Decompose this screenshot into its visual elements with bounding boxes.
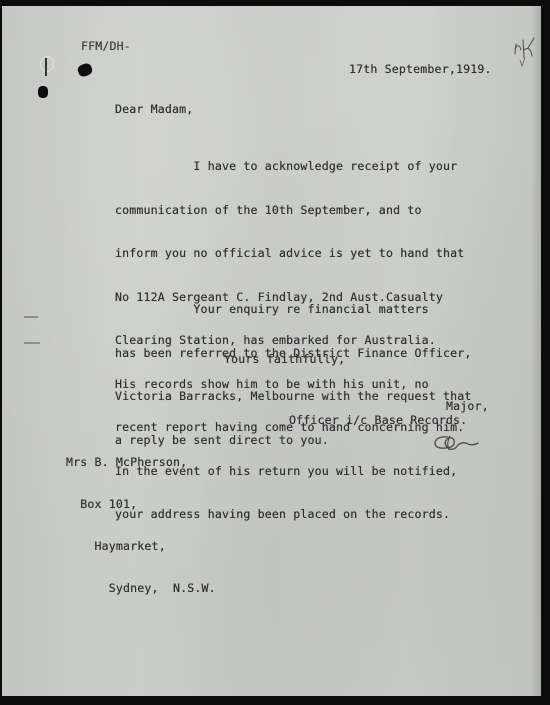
signatory-rank: Major,	[446, 399, 489, 414]
address-line: Box 101,	[66, 497, 216, 511]
scanned-document: FFM/DH- 17th September,1919. Dear Madam,…	[0, 0, 550, 705]
signature-initials-icon	[432, 432, 484, 454]
body-line: Victoria Barracks, Melbourne with the re…	[115, 389, 472, 404]
pencil-annotation-icon	[512, 36, 536, 68]
salutation: Dear Madam,	[115, 102, 193, 117]
signatory-office: Officer i/c Base Records.	[289, 413, 467, 428]
letter-paper: FFM/DH- 17th September,1919. Dear Madam,…	[2, 6, 541, 696]
address-line: Mrs B. McPherson,	[66, 455, 216, 469]
address-line: Sydney, N.S.W.	[66, 581, 216, 595]
reference-code: FFM/DH-	[81, 39, 131, 54]
body-line: I have to acknowledge receipt of your	[115, 159, 464, 174]
punch-hole-icon	[38, 86, 48, 98]
punch-hole-icon	[76, 62, 93, 78]
body-line: Your enquiry re financial matters	[115, 302, 472, 317]
address-line: Haymarket,	[66, 539, 216, 553]
letter-date: 17th September,1919.	[349, 62, 492, 77]
closing: Yours faithfully,	[224, 352, 345, 367]
punch-hole-tear	[45, 58, 47, 76]
recipient-address: Mrs B. McPherson, Box 101, Haymarket, Sy…	[66, 427, 216, 623]
margin-marks	[24, 306, 44, 366]
punch-hole-ring	[40, 56, 54, 72]
body-line: inform you no official advice is yet to …	[115, 246, 464, 261]
body-line: communication of the 10th September, and…	[115, 203, 464, 218]
